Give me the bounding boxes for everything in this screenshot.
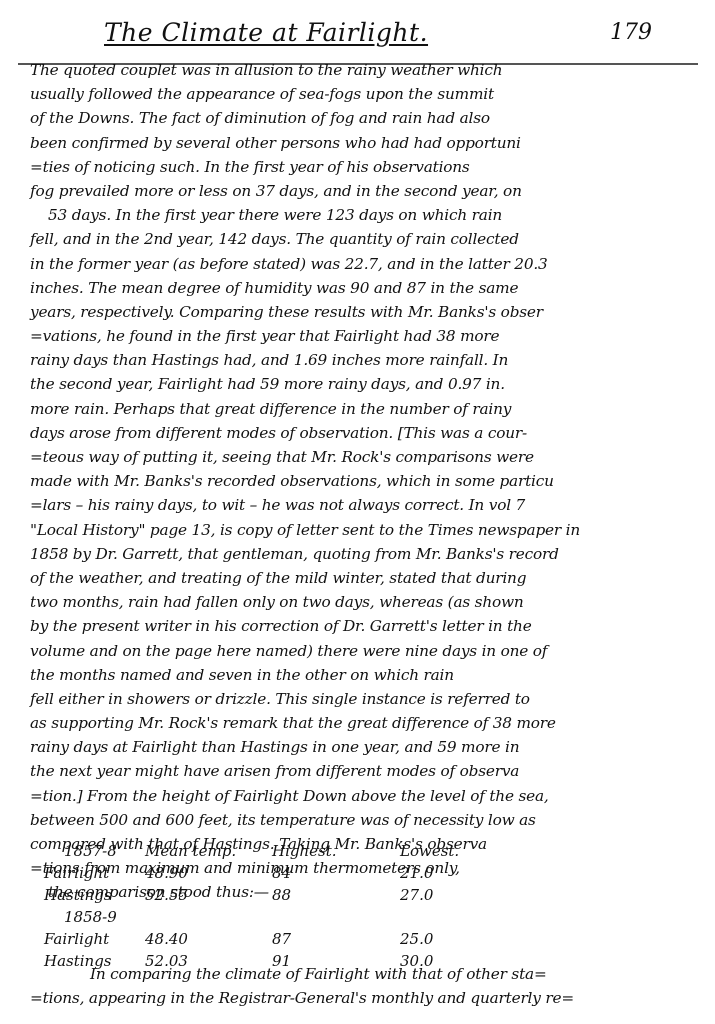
text-line: between 500 and 600 feet, its temperatur…: [30, 808, 700, 832]
continuation-text: In comparing the climate of Fairlight wi…: [30, 962, 700, 1010]
year-row: 1858-9: [40, 906, 560, 928]
column-header-lowest: Lowest.: [400, 840, 459, 862]
year-label: 1858-9: [64, 906, 117, 928]
text-line: In comparing the climate of Fairlight wi…: [30, 962, 700, 986]
lowest-cell: 27.0: [400, 884, 433, 906]
text-line: =tions, appearing in the Registrar-Gener…: [30, 986, 700, 1010]
place-cell: Hastings: [44, 884, 112, 906]
page-header: The Climate at Fairlight. 179: [0, 14, 715, 54]
text-line: of the Downs. The fact of diminution of …: [30, 106, 700, 130]
text-line: inches. The mean degree of humidity was …: [30, 276, 700, 300]
page-title: The Climate at Fairlight.: [104, 18, 428, 47]
text-line: the next year might have arisen from dif…: [30, 759, 700, 783]
text-line: in the former year (as before stated) wa…: [30, 252, 700, 276]
text-line: =lars – his rainy days, to wit – he was …: [30, 493, 700, 517]
column-header-mean: Mean temp.: [145, 840, 236, 862]
text-line: 53 days. In the first year there were 12…: [30, 203, 700, 227]
lowest-cell: 21.0: [400, 862, 433, 884]
text-line: =teous way of putting it, seeing that Mr…: [30, 445, 700, 469]
highest-cell: 84: [272, 862, 291, 884]
page-number: 179: [610, 20, 652, 45]
text-line: rainy days than Hastings had, and 1.69 i…: [30, 348, 700, 372]
text-line: =tion.] From the height of Fairlight Dow…: [30, 784, 700, 808]
text-line: 1858 by Dr. Garrett, that gentleman, quo…: [30, 542, 700, 566]
table-row: Fairlight 48.90 84 21.0: [40, 862, 560, 884]
year-label: 1857-8: [64, 840, 117, 862]
table-row: Fairlight 48.40 87 25.0: [40, 928, 560, 950]
temperature-table: 1857-8 Mean temp. Highest. Lowest. Fairl…: [40, 840, 560, 972]
mean-cell: 52.55: [145, 884, 188, 906]
text-line: two months, rain had fallen only on two …: [30, 590, 700, 614]
highest-cell: 88: [272, 884, 291, 906]
text-line: =ties of noticing such. In the first yea…: [30, 155, 700, 179]
manuscript-page: The Climate at Fairlight. 179 The quoted…: [0, 0, 715, 1024]
lowest-cell: 25.0: [400, 928, 433, 950]
text-line: years, respectively. Comparing these res…: [30, 300, 700, 324]
place-cell: Fairlight: [44, 928, 109, 950]
text-line: the second year, Fairlight had 59 more r…: [30, 372, 700, 396]
table-header-row: 1857-8 Mean temp. Highest. Lowest.: [40, 840, 560, 862]
text-line: more rain. Perhaps that great difference…: [30, 397, 700, 421]
text-line: the months named and seven in the other …: [30, 663, 700, 687]
text-line: by the present writer in his correction …: [30, 614, 700, 638]
text-line: volume and on the page here named) there…: [30, 639, 700, 663]
text-line: fog prevailed more or less on 37 days, a…: [30, 179, 700, 203]
text-line: made with Mr. Banks's recorded observati…: [30, 469, 700, 493]
column-header-highest: Highest.: [272, 840, 337, 862]
text-line: The quoted couplet was in allusion to th…: [30, 58, 700, 82]
text-line: rainy days at Fairlight than Hastings in…: [30, 735, 700, 759]
text-line: =vations, he found in the first year tha…: [30, 324, 700, 348]
highest-cell: 87: [272, 928, 291, 950]
text-line: fell either in showers or drizzle. This …: [30, 687, 700, 711]
text-line: "Local History" page 13, is copy of lett…: [30, 518, 700, 542]
text-line: been confirmed by several other persons …: [30, 131, 700, 155]
text-line: days arose from different modes of obser…: [30, 421, 700, 445]
mean-cell: 48.40: [145, 928, 188, 950]
text-line: usually followed the appearance of sea-f…: [30, 82, 700, 106]
text-line: as supporting Mr. Rock's remark that the…: [30, 711, 700, 735]
place-cell: Fairlight: [44, 862, 109, 884]
text-line: of the weather, and treating of the mild…: [30, 566, 700, 590]
table-row: Hastings 52.55 88 27.0: [40, 884, 560, 906]
body-text: The quoted couplet was in allusion to th…: [30, 58, 700, 905]
mean-cell: 48.90: [145, 862, 188, 884]
text-line: fell, and in the 2nd year, 142 days. The…: [30, 227, 700, 251]
